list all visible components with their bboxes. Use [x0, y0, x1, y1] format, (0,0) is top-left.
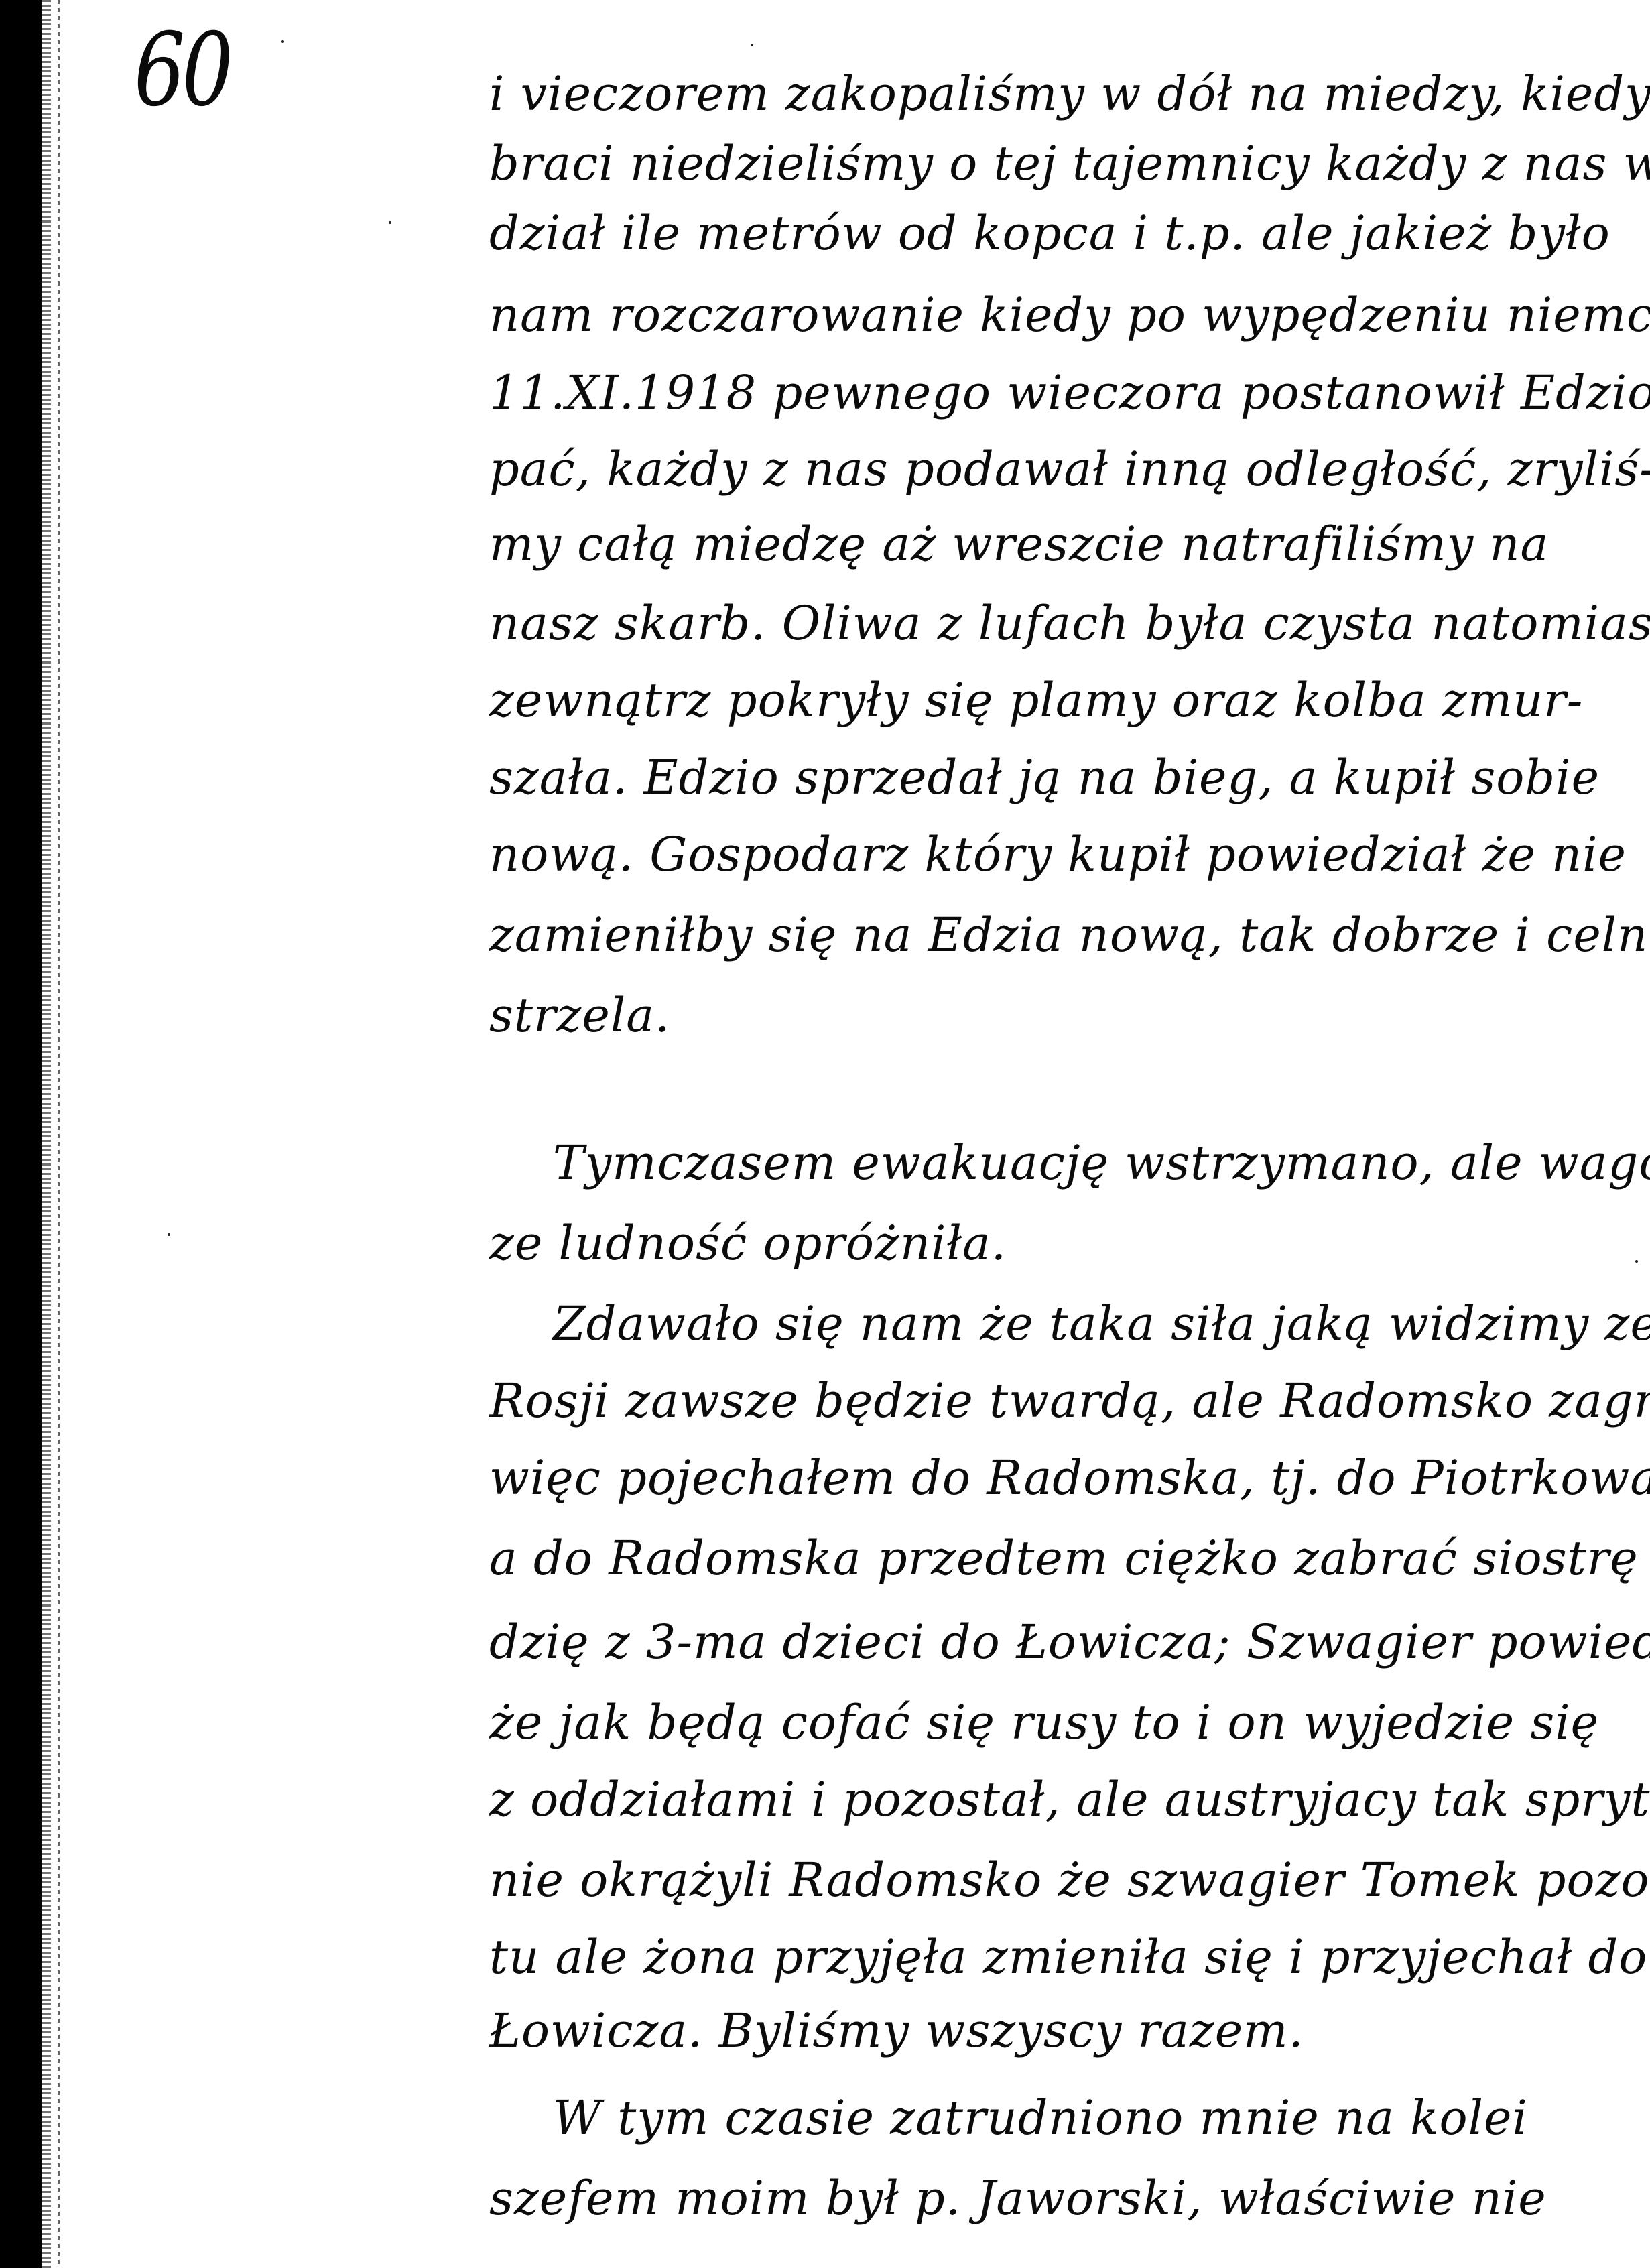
scan-binding-shadow [0, 0, 42, 2268]
manuscript-line-10: szała. Edzio sprzedał ją na bieg, a kupi… [489, 754, 1600, 801]
manuscript-line-23: nie okrążyli Radomsko że szwagier Tomek … [489, 1856, 1650, 1903]
page-number: 60 [134, 20, 230, 121]
manuscript-line-11: nową. Gospodarz który kupił powiedział ż… [489, 831, 1627, 878]
manuscript-line-2: braci niedzieliśmy o tej tajemnicy każdy… [489, 140, 1650, 187]
manuscript-line-25: Łowicza. Byliśmy wszyscy razem. [489, 2007, 1304, 2054]
manuscript-line-6: pać, każdy z nas podawał inną odległość,… [489, 446, 1650, 493]
manuscript-line-1: i vieczorem zakopaliśmy w dół na miedzy,… [489, 70, 1650, 117]
manuscript-line-24: tu ale żona przyjęła zmieniła się i przy… [489, 1934, 1647, 1980]
scan-speck [168, 1233, 170, 1236]
scan-speck [1635, 1260, 1638, 1263]
scan-speck [389, 221, 391, 224]
manuscript-line-12: zamieniłby się na Edzia nową, tak dobrze… [489, 911, 1650, 958]
scan-speck [281, 40, 284, 43]
manuscript-line-16: Zdawało się nam że taka siła jaką widzim… [553, 1300, 1650, 1347]
manuscript-line-19: a do Radomska przedtem ciężko zabrać sio… [489, 1535, 1650, 1582]
manuscript-line-3: dział ile metrów od kopca i t.p. ale jak… [489, 210, 1610, 257]
manuscript-line-27: szefem moim był p. Jaworski, właściwie n… [489, 2175, 1547, 2222]
manuscript-line-15: ze ludność opróżniła. [489, 1220, 1007, 1267]
manuscript-line-26: W tym czasie zatrudniono mnie na kolei [553, 2094, 1528, 2141]
scan-binding-edge [42, 0, 51, 2268]
manuscript-line-20: dzię z 3-ma dzieci do Łowicza; Szwagier … [489, 1619, 1650, 1665]
manuscript-line-5: 11.XI.1918 pewnego wieczora postanowił E… [489, 369, 1650, 416]
manuscript-line-9: zewnątrz pokryły się plamy oraz kolba zm… [489, 677, 1583, 724]
manuscript-line-13: strzela. [489, 992, 670, 1039]
manuscript-line-8: nasz skarb. Oliwa z lufach była czysta n… [489, 600, 1650, 647]
manuscript-line-17: Rosji zawsze będzie twardą, ale Radomsko… [489, 1377, 1650, 1424]
manuscript-line-21: że jak będą cofać się rusy to i on wyjed… [489, 1699, 1599, 1746]
manuscript-line-14: Tymczasem ewakuację wstrzymano, ale wago… [553, 1139, 1650, 1186]
scan-speck [751, 44, 753, 46]
manuscript-line-4: nam rozczarowanie kiedy po wypędzeniu ni… [489, 292, 1650, 338]
page-margin-rule [58, 0, 60, 2268]
manuscript-line-18: więc pojechałem do Radomska, tj. do Piot… [489, 1454, 1650, 1501]
manuscript-line-22: z oddziałami i pozostał, ale austryjacy … [489, 1776, 1650, 1823]
manuscript-line-7: my całą miedzę aż wreszcie natrafiliśmy … [489, 521, 1549, 568]
